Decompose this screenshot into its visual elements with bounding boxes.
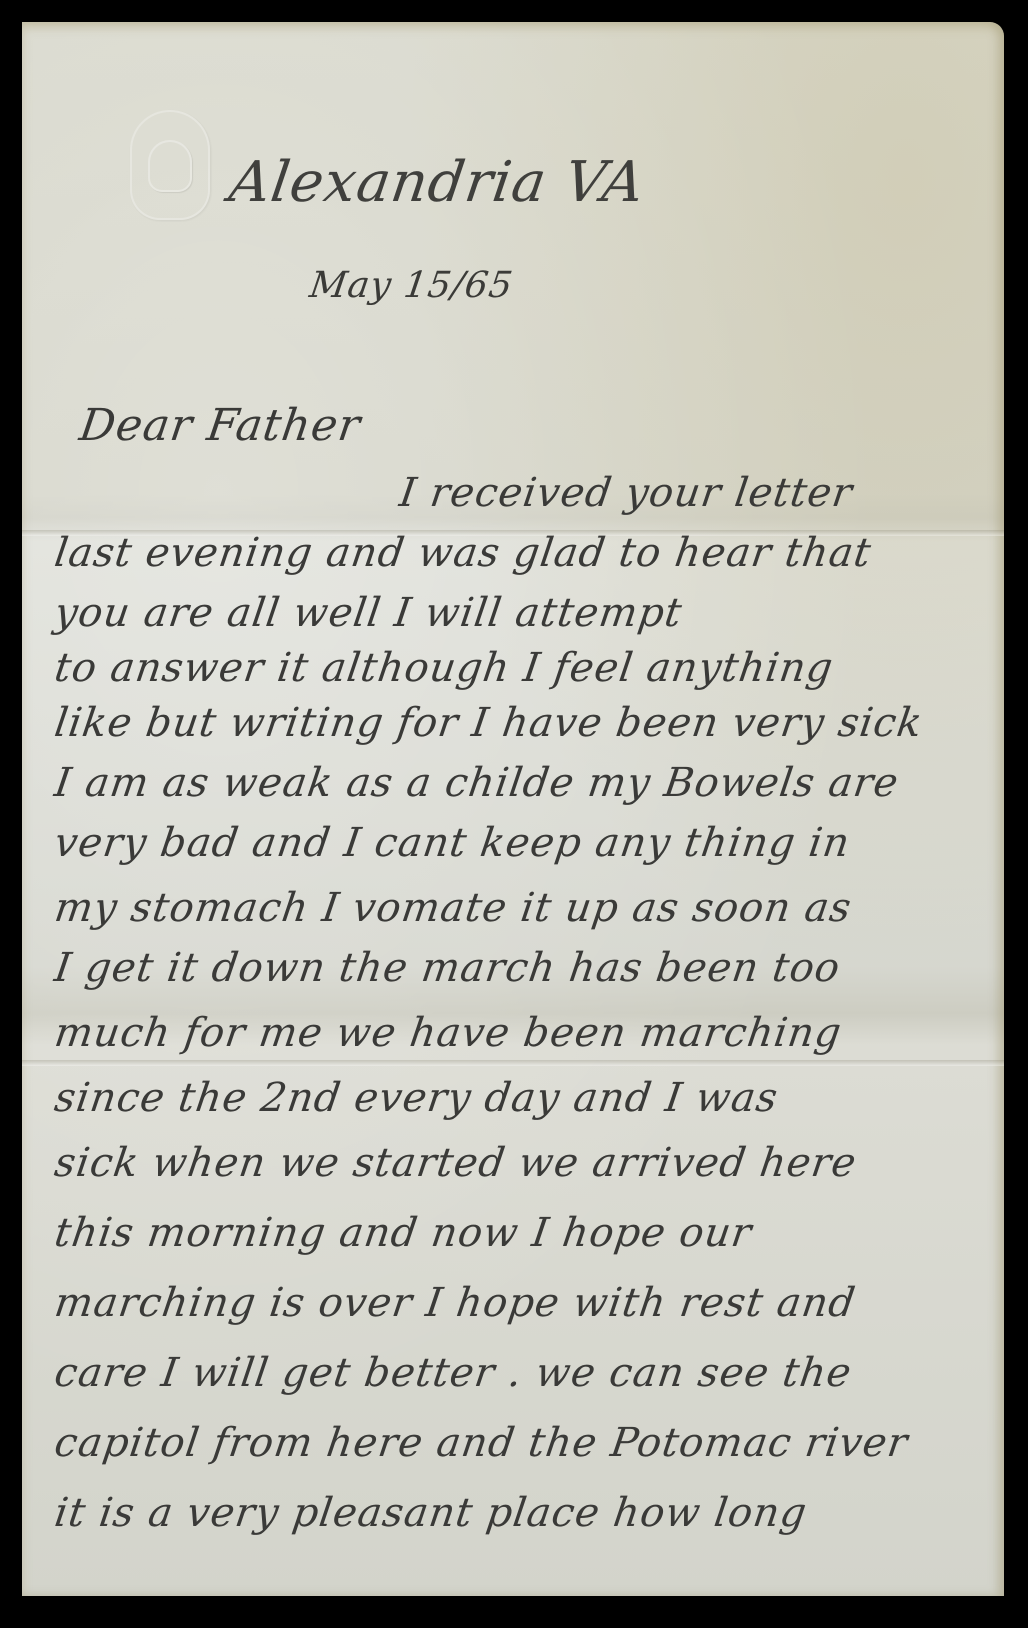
body-line: it is a very pleasant place how long — [52, 1490, 810, 1536]
body-line: my stomach I vomate it up as soon as — [52, 885, 855, 931]
body-line: care I will get better . we can see the — [52, 1350, 855, 1396]
body-line: marching is over I hope with rest and — [52, 1280, 859, 1326]
body-line: capitol from here and the Potomac river — [52, 1420, 911, 1466]
letter-salutation: Dear Father — [76, 400, 364, 451]
body-line: I get it down the march has been too — [52, 945, 844, 991]
body-line: sick when we started we arrived here — [52, 1140, 860, 1186]
letter-place: Alexandria VA — [225, 150, 648, 215]
letter-date: May 15/65 — [307, 265, 516, 306]
fold-crease — [22, 1060, 1004, 1066]
body-line: since the 2nd every day and I was — [52, 1075, 781, 1121]
body-line: like but writing for I have been very si… — [52, 700, 926, 746]
body-line: I received your letter — [397, 470, 856, 516]
body-line: very bad and I cant keep any thing in — [52, 820, 853, 866]
body-line: to answer it although I feel anything — [52, 645, 837, 691]
embossed-seal-icon — [130, 110, 210, 220]
body-line: much for me we have been marching — [52, 1010, 845, 1056]
body-line: this morning and now I hope our — [52, 1210, 755, 1256]
body-line: you are all well I will attempt — [52, 590, 685, 636]
body-line: last evening and was glad to hear that — [52, 530, 875, 576]
body-line: I am as weak as a childe my Bowels are — [52, 760, 902, 806]
